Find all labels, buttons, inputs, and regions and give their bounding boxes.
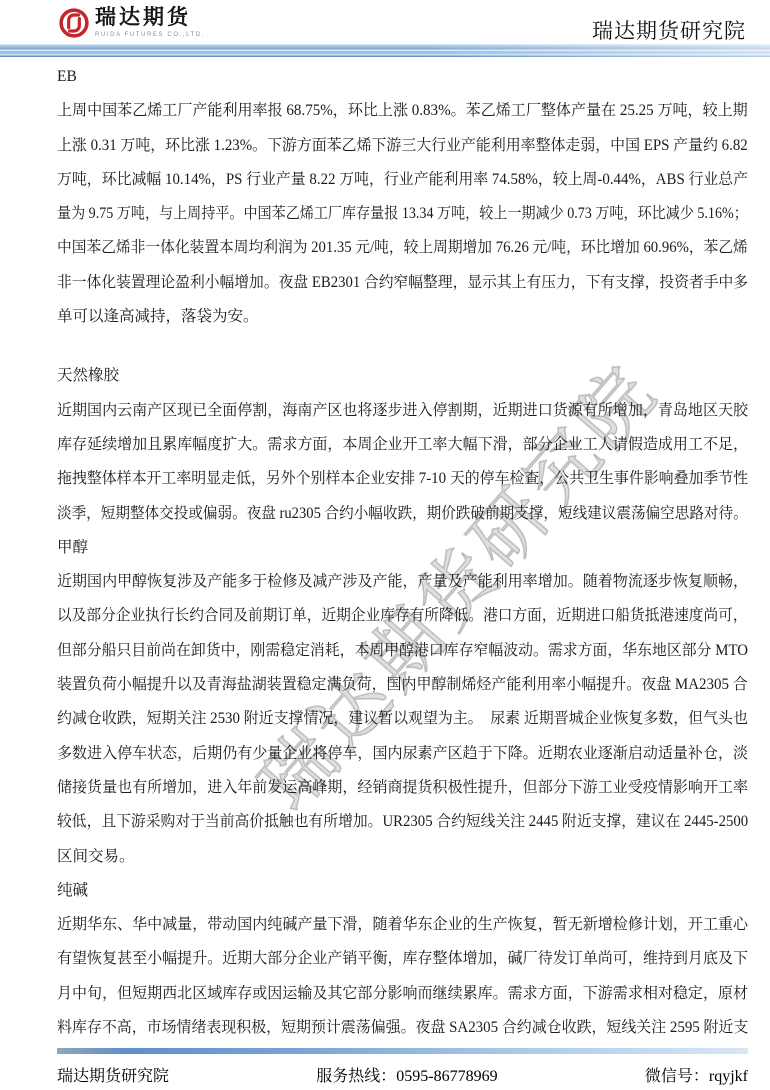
footer-row: 瑞达期货研究院 服务热线：0595-86778969 微信号：rqyjkf: [57, 1063, 748, 1086]
report-section: 天然橡胶近期国内云南产区现已全面停割，海南产区也将逐步进入停割期，近期进口货源有…: [57, 359, 748, 530]
body-line: 近期国内甲醇恢复涉及产能多于检修及减产涉及产能，产量及产能利用率增加。随着物流逐…: [57, 565, 727, 599]
body-line: 近期国内云南产区现已全面停割，海南产区也将逐步进入停割期，近期进口货源有所增加，…: [57, 394, 727, 428]
logo-text-block: 瑞达期货 RUIDA FUTURES CO.,LTD.: [95, 5, 205, 38]
body-line: 上周中国苯乙烯工厂产能利用率报 68.75%，环比上涨 0.83%。苯乙烯工厂整…: [57, 94, 728, 128]
report-body: EB上周中国苯乙烯工厂产能利用率报 68.75%，环比上涨 0.83%。苯乙烯工…: [57, 60, 748, 1045]
body-line: 淡季，短期整体交投或偏弱。夜盘 ru2305 合约小幅收跌，期价跌破前期支撑，短…: [57, 497, 708, 531]
footer-hotline-number: 0595-86778969: [396, 1068, 497, 1085]
footer-hotline: 服务热线：0595-86778969: [316, 1063, 497, 1086]
footer-wechat: 微信号：rqyjkf: [645, 1063, 748, 1086]
body-line: 区间交易。: [57, 840, 748, 874]
ruida-logo: 瑞达期货 RUIDA FUTURES CO.,LTD.: [58, 5, 205, 39]
footer-divider-bar: [57, 1048, 748, 1054]
body-line: 中国苯乙烯非一体化装置本周均利润为 201.35 元/吨，较上周期增加 76.2…: [57, 231, 714, 265]
header-divider-bar: [0, 44, 770, 57]
body-line: 拖拽整体样本开工率明显走低，另外个别样本企业安排 7-10 天的停车检查，公共卫…: [57, 462, 722, 496]
footer-org: 瑞达期货研究院: [57, 1063, 169, 1086]
body-line: 约减仓收跌，短期关注 2530 附近支撑情况，建议暂以观望为主。 尿素 近期晋城…: [57, 702, 723, 736]
body-line: 装置负荷小幅提升以及青海盐湖装置稳定满负荷，国内甲醇制烯烃产能利用率小幅提升。夜…: [57, 668, 725, 702]
body-line: 但部分船只目前尚在卸货中，刚需稳定消耗，本周甲醇港口库存窄幅波动。需求方面，华东…: [57, 634, 720, 668]
body-line: 单可以逢高减持，落袋为安。: [57, 300, 748, 334]
footer-wechat-id: rqyjkf: [709, 1068, 748, 1085]
body-line: 多数进入停车状态，后期仍有少量企业将停车，国内尿素产区趋于下降。近期农业逐渐启动…: [57, 737, 727, 771]
body-line: 料库存不高，市场情绪表现积极，短期预计震荡偏强。夜盘 SA2305 合约减仓收跌…: [57, 1011, 723, 1045]
page-header: 瑞达期货 RUIDA FUTURES CO.,LTD. 瑞达期货研究院: [0, 0, 770, 44]
logo-brand-text: 瑞达期货: [95, 5, 205, 31]
footer-wechat-label: 微信号：: [645, 1068, 709, 1085]
report-page: 瑞达期货 RUIDA FUTURES CO.,LTD. 瑞达期货研究院 瑞达期货…: [0, 0, 770, 1090]
section-heading: 纯碱: [57, 874, 748, 908]
body-line: 近期华东、华中减量，带动国内纯碱产量下滑，随着华东企业的生产恢复，暂无新增检修计…: [57, 908, 727, 942]
body-line: 万吨，环比减幅 10.14%，PS 行业产量 8.22 万吨，行业产能利用率 7…: [57, 163, 721, 197]
body-line: 非一体化装置理论盈利小幅增加。夜盘 EB2301 合约窄幅整理，显示其上有压力，…: [57, 266, 716, 300]
body-line: 储接货量也有所增加，进入年前发运高峰期，经销商提货积极性提升，但部分下游工业受疫…: [57, 771, 727, 805]
report-section: EB上周中国苯乙烯工厂产能利用率报 68.75%，环比上涨 0.83%。苯乙烯工…: [57, 60, 748, 334]
footer-hotline-label: 服务热线：: [316, 1068, 396, 1085]
body-line: 有望恢复甚至小幅提升。近期大部分企业产销平衡，库存整体增加，碱厂待发订单尚可，维…: [57, 942, 727, 976]
page-footer: 瑞达期货研究院 服务热线：0595-86778969 微信号：rqyjkf: [0, 1048, 770, 1090]
logo-subtitle: RUIDA FUTURES CO.,LTD.: [95, 32, 205, 38]
body-line: 月中旬，但短期西北区域库存或因运输及其它部分影响而继续累库。需求方面，下游需求相…: [57, 977, 727, 1011]
body-line: 量为 9.75 万吨，与上周持平。中国苯乙烯工厂库存量报 13.34 万吨，较上…: [57, 197, 684, 231]
section-heading: 天然橡胶: [57, 359, 748, 393]
ruida-logo-icon: [58, 7, 90, 39]
body-line: 库存延续增加且累库幅度扩大。需求方面，本周企业开工率大幅下滑，部分企业工人请假造…: [57, 428, 727, 462]
header-institute-title: 瑞达期货研究院: [592, 15, 746, 45]
section-heading: EB: [57, 60, 748, 94]
body-line: 上涨 0.31 万吨，环比涨 1.23%。下游方面苯乙烯下游三大行业产能利用率整…: [57, 129, 722, 163]
report-section: 甲醇近期国内甲醇恢复涉及产能多于检修及减产涉及产能，产量及产能利用率增加。随着物…: [57, 531, 748, 874]
body-line: 以及部分企业执行长约合同及前期订单，近期企业库存有所降低。港口方面，近期进口船货…: [57, 599, 712, 633]
body-line: 较低，且下游采购对于当前高价抵触也有所增加。UR2305 合约短线关注 2445…: [57, 805, 717, 839]
report-section: 纯碱近期华东、华中减量，带动国内纯碱产量下滑，随着华东企业的生产恢复，暂无新增检…: [57, 874, 748, 1045]
section-heading: 甲醇: [57, 531, 748, 565]
